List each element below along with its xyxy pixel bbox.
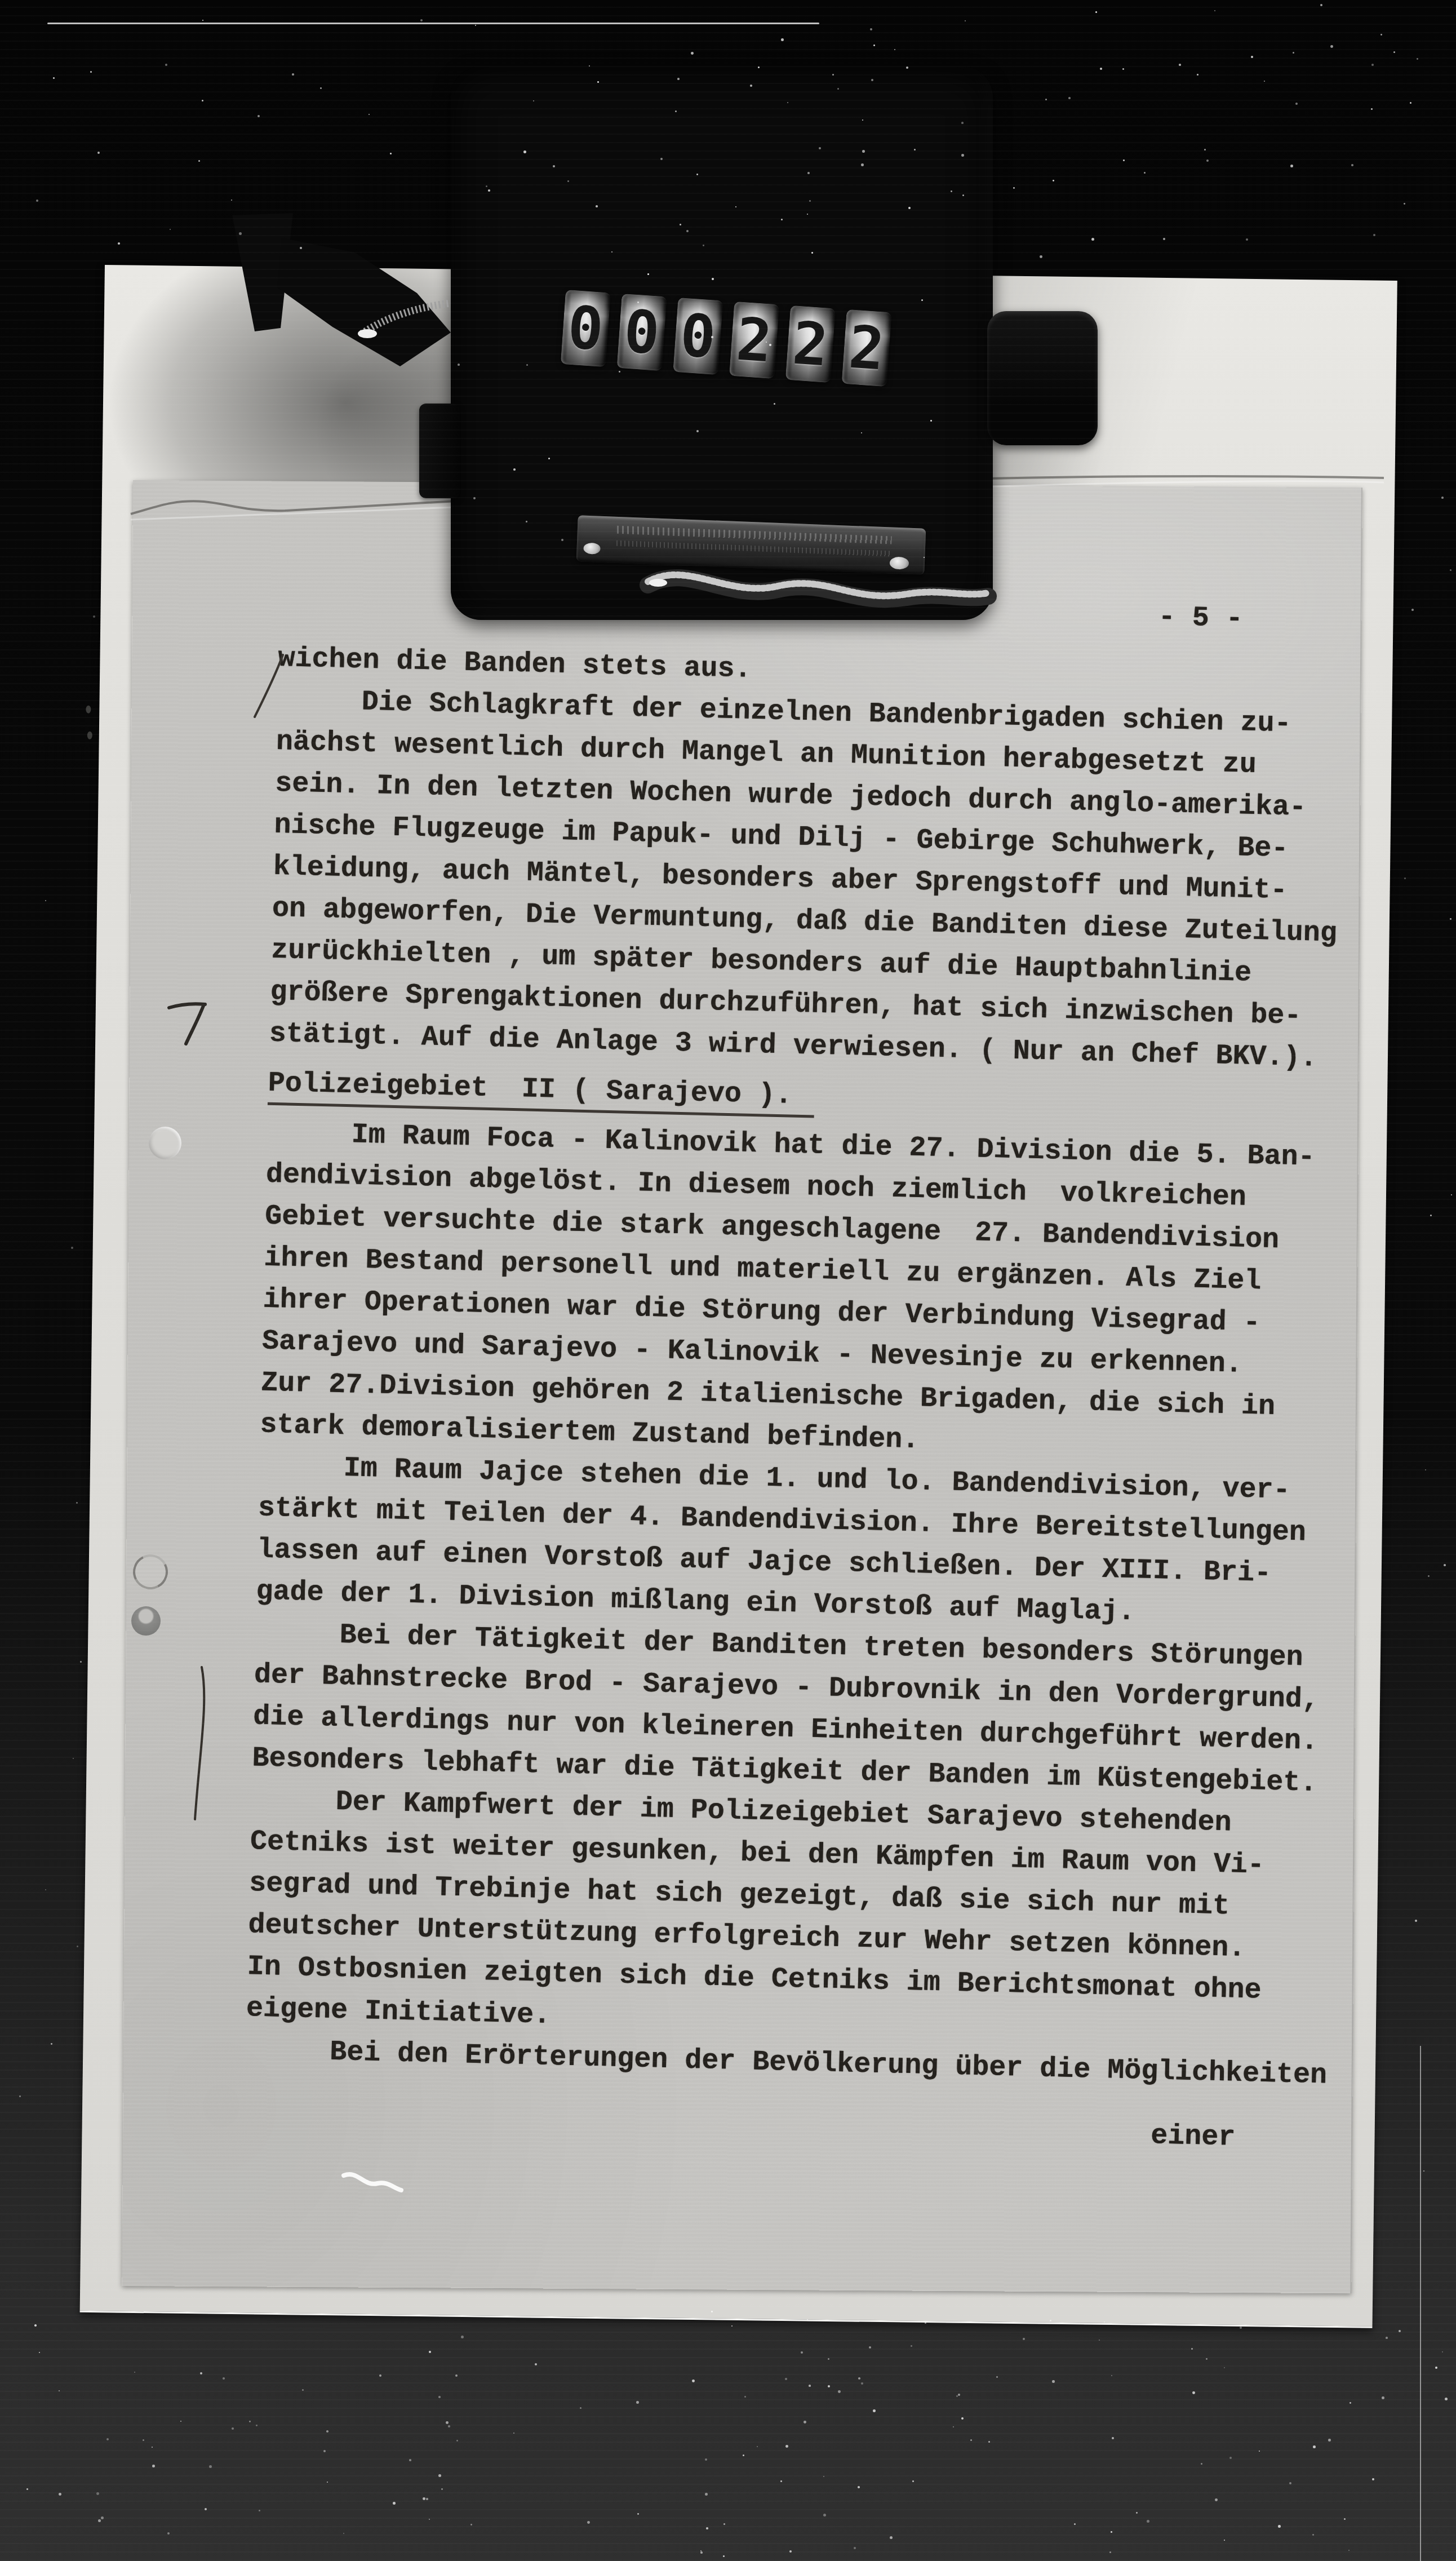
dust-speck: [1328, 2439, 1331, 2442]
dust-speck: [249, 2421, 251, 2422]
counter-digit: 2: [729, 302, 779, 379]
dust-speck: [441, 2488, 443, 2490]
dust-speck: [743, 2454, 744, 2456]
dust-speck: [828, 2358, 829, 2360]
dust-speck: [1099, 2340, 1100, 2341]
dust-speck: [781, 38, 784, 41]
dust-speck: [19, 2095, 21, 2097]
dust-speck: [393, 2502, 396, 2505]
dust-speck: [456, 2440, 458, 2442]
dust-speck: [677, 78, 680, 80]
dust-speck: [723, 2523, 725, 2525]
dust-speck: [961, 154, 964, 157]
dust-speck: [446, 2421, 449, 2424]
dust-speck: [1206, 2358, 1208, 2360]
dust-speck: [996, 2376, 998, 2378]
dust-speck: [390, 153, 392, 154]
dust-speck: [862, 150, 865, 153]
dust-speck: [292, 73, 294, 76]
dust-speck: [869, 2346, 871, 2349]
dust-speck: [712, 278, 714, 280]
dust-speck: [1417, 58, 1418, 60]
counter-digit: 0: [673, 298, 723, 375]
dust-speck: [1179, 64, 1181, 66]
dust-speck: [1371, 64, 1374, 66]
dust-speck: [461, 2336, 464, 2338]
dust-speck: [323, 2450, 326, 2452]
dust-speck: [97, 152, 100, 154]
dust-speck: [700, 2551, 703, 2554]
dust-speck: [1100, 68, 1102, 70]
dust-speck: [90, 71, 92, 73]
dust-speck: [101, 2516, 104, 2519]
dust-speck: [912, 2480, 914, 2482]
dust-speck: [711, 336, 713, 338]
dust-speck: [1442, 2351, 1443, 2352]
dust-speck: [1191, 2348, 1193, 2350]
dust-speck: [1320, 4, 1322, 6]
dust-speck: [1264, 81, 1265, 82]
dust-speck: [39, 2352, 40, 2353]
dust-speck: [1295, 103, 1298, 105]
dust-speck: [1259, 2451, 1260, 2452]
dust-speck: [1013, 187, 1015, 189]
dust-speck: [170, 229, 171, 230]
dust-speck: [1111, 2375, 1112, 2376]
dust-speck: [1224, 2540, 1225, 2541]
dust-speck: [488, 189, 490, 192]
dust-speck: [231, 200, 232, 201]
embossed-circle-mark: [149, 1127, 181, 1159]
dust-speck: [118, 242, 120, 245]
dust-speck: [561, 539, 563, 541]
heading-underlined-text: Polizeigebiet II ( Sarajevo ).: [268, 1067, 815, 1118]
dust-speck: [320, 87, 322, 89]
dust-speck: [870, 28, 872, 30]
dust-speck: [750, 85, 752, 87]
dust-speck: [953, 2426, 954, 2427]
dust-speck: [232, 2427, 234, 2430]
dust-speck: [1201, 2463, 1202, 2465]
dust-speck: [59, 2493, 61, 2496]
dust-speck: [180, 2421, 181, 2422]
dust-speck: [73, 1758, 74, 1759]
dust-speck: [956, 2395, 958, 2397]
dust-speck: [1214, 10, 1215, 11]
dust-speck: [259, 2510, 260, 2511]
dust-speck: [1428, 1575, 1430, 1577]
dust-speck: [858, 2486, 860, 2488]
dust-speck: [1450, 918, 1451, 920]
dust-speck: [780, 2480, 782, 2482]
dust-speck: [873, 45, 875, 46]
dust-speck: [1393, 51, 1395, 53]
dust-speck: [1423, 2170, 1424, 2172]
dust-speck: [1229, 2457, 1232, 2459]
dust-speck: [807, 172, 810, 174]
dust-speck: [1382, 2396, 1384, 2399]
dust-speck: [1373, 234, 1375, 236]
dust-speck: [858, 2377, 860, 2380]
dust-speck: [705, 2493, 708, 2496]
dust-speck: [1224, 2367, 1225, 2368]
dust-speck: [1386, 2337, 1388, 2339]
dust-speck: [1372, 2478, 1374, 2480]
dust-speck: [523, 150, 526, 153]
dust-speck: [1112, 2437, 1114, 2439]
dust-speck: [1068, 97, 1071, 99]
dust-speck: [429, 2519, 430, 2520]
dust-speck: [438, 2474, 441, 2477]
dust-speck: [811, 252, 813, 254]
dust-speck: [823, 2514, 826, 2516]
dust-speck: [327, 2482, 328, 2483]
dust-speck: [636, 2401, 639, 2404]
dust-speck: [1111, 2531, 1112, 2533]
dust-speck: [1450, 569, 1451, 571]
dust-speck: [1240, 2327, 1242, 2329]
dust-speck: [1192, 2391, 1195, 2394]
dust-speck: [526, 364, 528, 366]
dust-speck: [1330, 45, 1333, 48]
dust-speck: [1350, 2402, 1351, 2404]
dust-speck: [165, 64, 167, 66]
dust-speck: [1293, 52, 1294, 54]
dust-speck: [223, 2377, 225, 2380]
dust-speck: [596, 205, 598, 207]
dust-speck: [691, 52, 694, 55]
dust-speck: [1444, 1564, 1446, 1566]
counter-digit: 2: [842, 309, 892, 387]
dust-speck: [1045, 99, 1047, 100]
dust-speck: [789, 2550, 792, 2553]
dust-speck: [80, 1661, 82, 1663]
dust-speck: [619, 371, 620, 373]
dust-speck: [1348, 2550, 1350, 2551]
edge-ink-dot: [86, 706, 91, 714]
dust-speck: [1278, 2525, 1281, 2528]
dust-speck: [77, 1946, 78, 1947]
dust-speck: [98, 2519, 101, 2522]
dust-speck: [513, 2432, 514, 2434]
dust-speck: [379, 2374, 381, 2377]
dust-speck: [1197, 74, 1198, 76]
dust-speck: [300, 247, 302, 249]
dust-speck: [921, 299, 923, 301]
dust-speck: [711, 2311, 713, 2312]
dust-speck: [925, 2322, 926, 2324]
dust-speck: [930, 420, 932, 422]
dust-speck: [1136, 2512, 1138, 2514]
dust-speck: [1404, 878, 1406, 879]
dust-speck: [1122, 68, 1124, 70]
dust-speck: [1163, 238, 1165, 240]
dust-speck: [205, 2508, 207, 2510]
dust-speck: [1040, 255, 1042, 258]
dust-speck: [1404, 203, 1405, 205]
dust-speck: [423, 2497, 425, 2500]
typed-text-block: - 5 -wichen die Banden stets aus. Die Sc…: [243, 576, 1401, 2162]
dust-speck: [526, 521, 527, 522]
plate-rivet: [583, 543, 601, 555]
dust-speck: [861, 432, 862, 433]
dust-speck: [1415, 1920, 1417, 1922]
dust-speck: [1312, 2534, 1314, 2536]
counter-digit: 2: [785, 305, 836, 383]
dust-speck: [258, 115, 260, 117]
dust-speck: [758, 67, 760, 68]
dust-speck: [1290, 165, 1293, 167]
dust-speck: [200, 2372, 202, 2374]
dust-speck: [343, 2533, 344, 2534]
dust-speck: [809, 200, 811, 202]
dust-speck: [1351, 164, 1353, 166]
dust-speck: [143, 2439, 144, 2441]
archive-scan-photo: - 5 -wichen die Banden stets aus. Die Sc…: [0, 0, 1456, 2561]
dust-speck: [202, 20, 203, 21]
dust-speck: [1206, 159, 1209, 162]
dust-speck: [470, 2524, 472, 2525]
dust-speck: [1435, 2367, 1437, 2369]
dust-speck: [1147, 2520, 1149, 2523]
dust-speck: [731, 2325, 733, 2327]
dust-speck: [458, 364, 460, 366]
dust-speck: [1289, 2482, 1291, 2484]
dust-speck: [473, 497, 476, 499]
dust-speck: [1095, 11, 1097, 13]
dust-speck: [1251, 56, 1253, 58]
dust-speck: [26, 2488, 28, 2490]
dust-speck: [51, 2043, 52, 2045]
dust-speck: [1144, 172, 1146, 174]
dust-speck: [1123, 159, 1125, 161]
dust-speck: [597, 81, 599, 83]
dust-speck: [202, 100, 203, 101]
counter-digit: 0: [561, 290, 611, 367]
dust-speck: [911, 2345, 912, 2347]
dust-speck: [302, 2389, 304, 2391]
dust-speck: [1430, 1215, 1432, 1216]
dust-speck: [769, 344, 771, 346]
dust-speck: [951, 190, 952, 192]
dust-speck: [326, 2430, 329, 2432]
dust-speck: [455, 2374, 458, 2377]
dust-speck: [1074, 2523, 1076, 2525]
dust-speck: [1380, 34, 1382, 36]
dust-speck: [804, 2421, 806, 2423]
dust-speck: [535, 2363, 537, 2365]
dust-speck: [1313, 2445, 1316, 2448]
dust-speck: [553, 165, 555, 167]
dust-speck: [700, 2550, 702, 2551]
dust-speck: [369, 114, 370, 115]
dust-speck: [96, 2492, 99, 2495]
dust-speck: [838, 2390, 841, 2393]
dust-speck: [59, 2390, 60, 2391]
dust-speck: [71, 1247, 73, 1249]
dust-speck: [106, 2438, 109, 2440]
dust-speck: [53, 77, 55, 79]
dust-speck: [801, 2351, 803, 2354]
counter-side-bracket: [419, 404, 460, 498]
counter-knob: [987, 311, 1098, 445]
dust-speck: [1109, 2551, 1111, 2553]
dust-speck: [1425, 1469, 1426, 1470]
dust-speck: [76, 1502, 78, 1504]
punch-hole-dark: [131, 1606, 161, 1636]
dust-speck: [1053, 180, 1054, 181]
dust-speck: [438, 2396, 441, 2398]
dust-speck: [198, 160, 200, 162]
dust-speck: [34, 2324, 37, 2327]
dust-speck: [45, 1889, 46, 1890]
dust-speck: [809, 2385, 811, 2387]
dust-speck: [567, 180, 569, 182]
dust-speck: [239, 232, 242, 235]
dust-speck: [723, 2555, 725, 2557]
dust-speck: [680, 224, 681, 225]
dust-speck: [703, 245, 704, 246]
dust-speck: [1204, 149, 1206, 150]
dust-speck: [209, 2465, 212, 2468]
dust-speck: [785, 2378, 787, 2380]
edge-ink-dot: [87, 732, 92, 739]
dust-speck: [1371, 108, 1373, 110]
dust-speck: [828, 2385, 830, 2387]
dust-speck: [961, 122, 964, 124]
film-scratch-right: [1420, 2046, 1421, 2561]
dust-speck: [1023, 2338, 1025, 2340]
dust-speck: [1215, 2498, 1218, 2501]
dust-speck: [696, 430, 699, 432]
dust-speck: [420, 19, 423, 21]
dust-speck: [45, 900, 46, 901]
dust-speck: [1451, 1194, 1452, 1195]
dust-speck: [894, 49, 895, 50]
dust-speck: [988, 2441, 990, 2443]
dust-speck: [861, 163, 864, 166]
dust-speck: [256, 2425, 258, 2426]
dust-speck: [861, 2382, 863, 2385]
dust-speck: [36, 200, 38, 202]
dust-speck: [426, 2498, 428, 2500]
dust-speck: [962, 194, 964, 196]
dust-speck: [1344, 2518, 1346, 2520]
dust-speck: [1445, 2398, 1448, 2400]
dust-speck: [1410, 102, 1411, 104]
dust-speck: [965, 20, 966, 21]
dust-speck: [1441, 497, 1444, 499]
dust-speck: [766, 342, 767, 343]
dust-speck: [429, 2351, 431, 2353]
dust-speck: [873, 2409, 876, 2412]
dust-speck: [744, 2396, 746, 2398]
dust-speck: [152, 2465, 155, 2467]
dust-speck: [448, 2425, 450, 2427]
dust-speck: [692, 2380, 695, 2382]
dust-speck: [167, 2532, 170, 2535]
dust-speck: [854, 2547, 856, 2549]
dust-speck: [890, 2536, 893, 2539]
dust-speck: [637, 302, 639, 303]
dust-speck: [696, 174, 698, 175]
dust-speck: [93, 615, 95, 618]
dust-speck: [1399, 2330, 1401, 2332]
dust-speck: [807, 214, 808, 215]
dust-speck: [1091, 238, 1094, 241]
dust-speck: [961, 2417, 964, 2420]
dust-speck: [409, 2459, 411, 2461]
dust-speck: [647, 273, 649, 275]
dust-speck: [705, 2458, 707, 2461]
dust-speck: [958, 2394, 960, 2396]
counter-digit: 0: [617, 294, 667, 371]
dust-speck: [785, 2445, 788, 2448]
dust-speck: [1052, 2380, 1055, 2383]
dust-speck: [513, 468, 516, 471]
dust-speck: [475, 25, 476, 26]
dust-speck: [580, 2407, 581, 2409]
dust-speck: [134, 2372, 135, 2373]
dust-speck: [1246, 238, 1248, 241]
dust-speck: [1411, 609, 1414, 611]
dust-speck: [152, 2447, 153, 2448]
dust-speck: [706, 2527, 708, 2529]
plate-rivet: [890, 556, 909, 569]
dust-speck: [757, 2446, 758, 2447]
dust-speck: [637, 2513, 639, 2515]
dust-speck: [823, 2476, 824, 2477]
dust-speck: [587, 2521, 590, 2524]
dust-speck: [970, 2439, 972, 2441]
film-scratch-top: [47, 23, 819, 24]
